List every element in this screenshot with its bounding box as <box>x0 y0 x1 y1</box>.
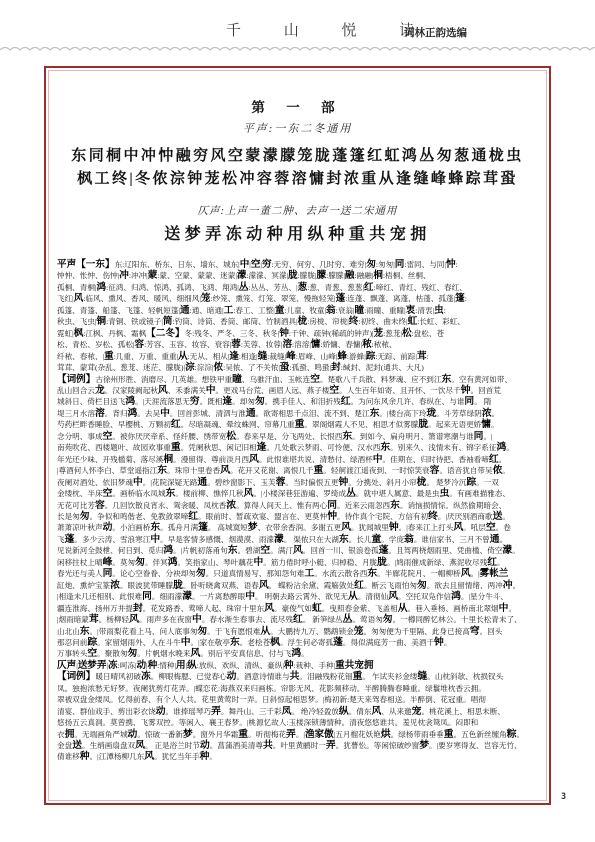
ze-rhyme-rule: 仄声:上声一董二肿、去声一送二宋通用 <box>0 203 595 218</box>
body-line: 春光还与美人同。论心空眷眷、分袂却匆匆。只道真情易写、那知怨句难工。水流云散各西… <box>57 568 539 579</box>
part-title: 第 一 部 <box>0 96 595 116</box>
body-line: |相逢未几还相别、此恨难同。细雨濛濛。一片离愁醉眼中。 明朝去路云霄外、欲见无从… <box>57 591 539 602</box>
body-line: 纤秾、春秾、|重:几重、万重、重重|从:无从、相从|逢:相逢|缝:裁缝|峰:眉峰… <box>57 351 539 362</box>
body-line: 萧萧凉叶秋声动。小泊画桥东。孤舟月满篷。 高城寞短梦、衣带余香润。多谢五更风。犹… <box>57 522 539 533</box>
body-line: 山北山东。|带雨梨花看上马、问人底事匆匆。于飞有愿恨难从。大鹏抟九万、鹦鹉锁金笼… <box>57 626 539 637</box>
body-line: 松、青松、岁松、孤松|容:芳容、玉容、妆容、衰容|蓉:芙蓉、妆蓉|溶:溶溶|慵:… <box>57 339 539 350</box>
body-line: 疆连淮海、扬州万井提封。花发路香、莺啼人起、珠帘十里东风。豪俊气如虹。曳照春金紫… <box>57 603 539 614</box>
body-line: 那忍问前踪。家留烟雨外、人在斗牛中。|家在敬亭东。老桧苍枫。浮生何必寄孤蓬。得似… <box>57 637 539 648</box>
body-line: 孤桐、青桐|鸿:征鸿、归鸿、惊鸿、孤鸿、飞鸿、翔鸿|丛:丛丛、芳丛、|葱:葱、青… <box>57 282 539 293</box>
wavy-divider <box>0 44 595 54</box>
page-header-title: 千 山 悦 读 <box>226 19 427 40</box>
body-line: 万事转头空。聚散匆匆。片帆烟水晚来风。别后平安真信息、付与飞鸿。 <box>57 648 539 659</box>
page-number: 3 <box>561 792 566 802</box>
body-line: 念分明、事成空。被你厌厌牵系、怪纤腰、绣带宽松。春来早是、分飞两处、长恨西东。到… <box>57 431 539 442</box>
body-line: 城斜日、倚栏目送飞鸿。|天涯流落思无穷。既相逢。却匆匆。携手佳人、和泪折残红。为… <box>57 396 539 407</box>
body-line: 堤三月水溶溶。背归鸿。去吴中。回首彭城、清泗与淮通。欲寄相思千点泪、流不到、楚江… <box>57 408 539 419</box>
body-line: 衣拥。无端画角严城动。惊破一番新梦。窗外月华霜重。听彻梅花弄。|渔家傲|五月榴花… <box>57 729 539 740</box>
body-line: 茸茸、蒙茸(杂乱、葱茏、迷茫、朦胧)|淙:淙淙|侬:吴侬、了不关侬|蛩:孤蛩、鸣… <box>57 362 539 373</box>
body-line: |烟雨暗蒙茸。杨柳轻风。雨声多在夜窗中。春水渐生春事去、流尽残红。 新笋绿丛丛。… <box>57 614 539 625</box>
body-line: 无花可比芳容。几回饮散良宵永、鸳衾暖、凤枕香浓。算得人间天上、惟有两心同。近来云… <box>57 500 539 511</box>
body-line: 【词例】暖日晴风初破冻。柳眼梅腮、已觉春心动。酒意诗情谁与共。泪融残粉花钿重。 … <box>57 671 539 682</box>
ping-rhyme-rule: 平声:一东二冬通用 <box>0 120 595 136</box>
body-line: 乱山回合云龙。汉家陵阙起秋风、禾黍满关中。更戏马台荒、画眉人远、燕子楼空。人生百… <box>57 385 539 396</box>
body-line: 金缕枕、半床空。画桥临水凤城东。楼前柳、憔悴几秋风。|小楼深巷狂游遍、罗绮成丛。… <box>57 488 539 499</box>
body-line: 忡忡、怅忡、伤忡|冲:冲冲|蒙:蒙、空蒙、蒙蒙、迷蒙|濛:濛濛、冥濛|胧:朦胧|… <box>57 270 539 281</box>
body-line: 霓虹|枫:江枫、丹枫、霜枫【二冬】冬:残冬、严冬、三冬、秋冬|钟:千钟、疏钟(稀… <box>57 328 539 339</box>
body-line: 仄声|送梦弄|冻:呵冻|动|种:情种|用|纵:放纵、欢纵、清纵、豪纵|种:栽种、… <box>57 660 539 671</box>
ping-characters-line1: 东同桐中冲忡融穷风空蒙濛朦笼胧蓬篷红虹鸿丛匆葱通栊虫 <box>0 144 595 165</box>
body-line: 飞红|风:临风、熏风、香风、暖风、细细风|笼:纱笼、熏笼、灯笼、翠笼、慢拖轻笼|… <box>57 293 539 304</box>
body-line: 芍药栏畔香睡脸、早樱桃、万颗初红。尽暗凝魂、晕纹蛛网、帘幕几重重。翠阁烟霞人不见… <box>57 419 539 430</box>
page-header-subtitle: 词林正韵选编 <box>404 25 467 40</box>
body-line: 见说新河全鼓枻、何日到、觅归鸿。|片帆初落甬句东。碧湖空。满汀风。回首一川、银浪… <box>57 545 539 556</box>
body-line: 凤。独抱浓愁无好梦。夜阑犹剪灯花弄。|蝶恋花:海燕双来归画栋。帘影无风、花影频移… <box>57 683 539 694</box>
body-line: 翠被双盘金缕凤。忆得前春、有个人人共。花里黄莺时一弄。日斜惊起相思梦。|梅初新:… <box>57 694 539 705</box>
body-line: 夜阑对酒处、依旧梦魂中。|花院深疑无路通。碧纱窗影下、玉芙蓉。当时偏恨五更钟。分… <box>57 477 539 488</box>
body-line: 长是匆匆。争似和鸣偕老、免教敛翠啼红。眼前时、暂疏欢宴、盟言在、更莫忡忡。待作真… <box>57 511 539 522</box>
body-text: 平声【一东】东:辽阳东、桥东、日东、墙东、城东|中|空|穷:无穷、何穷、几时穷、… <box>57 259 539 763</box>
body-line: 清宴、群仙戏手、剪出彩衣饶动。谁捧瑶琴巧弄。舞丹山、三千彩凤。 绝冷轻盈放纵。倩… <box>57 706 539 717</box>
body-line: 【词例】古徐州形胜、消磨尽、几英雄。想铁甲重瞳、乌骓汗血、玉帐连空。楚歌八千兵散… <box>57 374 539 385</box>
body-line: 秋虫、飞虫|铜:青铜、铁或镜子|筒:钓筒、诗筒、香筒、邮筒、竹制酒具|栊:房栊、… <box>57 316 539 327</box>
ze-characters-line: 送梦弄冻动种用纵种重共宠拥 <box>0 221 595 244</box>
book-page: 千 山 悦 读 词林正韵选编 第 一 部 平声:一东二冬通用 东同桐中冲忡融穷风… <box>0 0 595 842</box>
body-line: 缸灺、熏炉宝篆浓。眼波犹带睡朦胧。卧听晓禽双燕、语春风。 蝶粉沾余黛、霞觞敛处红… <box>57 580 539 591</box>
body-line: 倩谁移种。|江潭杨柳几东风。犹忆当年手种。 <box>57 751 539 762</box>
body-line: 孤篷、青篷、船篷、飞篷、轻帆短篷|通:通、暗通|工:春工、工整|童:儿童、牧童|… <box>57 305 539 316</box>
body-line: |尊酒何人怀李白、草堂遥指江东。珠帘十里卷香风。花开又花谢、离恨几千重。轻舸渡江… <box>57 465 539 476</box>
body-line: 年光还少味、开残槛菊、落尽溪桐。漫留得、尊前淡月西风。此恨谁堪共说、清愁付、绿酒… <box>57 454 539 465</box>
body-line: 平声【一东】东:辽阳东、桥东、日东、墙东、城东|中|空|穷:无穷、何穷、几时穷、… <box>57 259 539 270</box>
body-line: 金盘送。生绡画扇盘双凤。 正是浴兰时节动。菖蒲酒美清尊共。叶里黄鹂时一弄。犹瞢忪… <box>57 740 539 751</box>
body-line: 悠扬五云真洞。莫曾携、飞雾双控。等闲入、襄王春梦。|桃源忆故人:玉楼深锁薄情种。… <box>57 717 539 728</box>
body-line: 飞蓬。多少云涛、雪浪寒江中。早是客情多感慨、烟漠漠、雨濛濛。 渠侬只在大湖东。长… <box>57 534 539 545</box>
body-line: 闲移拄杖上晴峰。莫匆匆。伴冥鸿。笑指家山、琴叶藕花中。筋力倦时呼小艇、归棹稳、月… <box>57 557 539 568</box>
ping-characters-line2: 枫工终|冬侬淙钟茏松冲容蓉溶慵封浓重从逢缝峰蜂踪茸蛩 <box>0 167 595 188</box>
body-line: 南苑吹花、西楼题叶、故园欢事重重。凭阑秋思、闲记旧相逢。几处歌云梦雨、可怜便、汉… <box>57 442 539 453</box>
